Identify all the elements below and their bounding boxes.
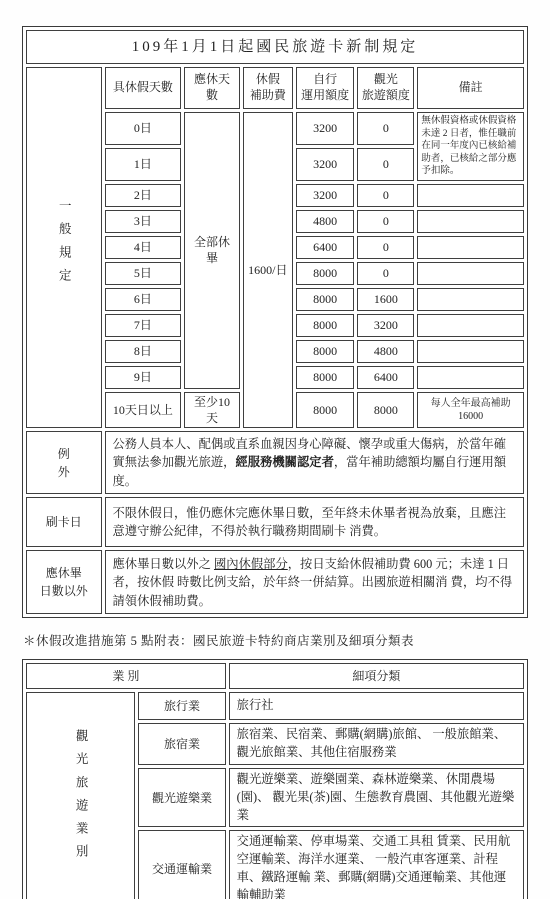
col-header-required: 應休天數: [184, 67, 239, 109]
remark-cell-empty: [417, 184, 524, 207]
category-type-cell: 旅行業: [138, 692, 225, 720]
tour-quota-cell: 3200: [357, 314, 414, 337]
document-title: 109年1月1日起國民旅遊卡新制規定: [26, 30, 524, 64]
col-header-days: 具休假天數: [105, 67, 182, 109]
rest-all-cell: 全部休畢: [184, 112, 239, 389]
tour-quota-cell: 4800: [357, 340, 414, 363]
category-detail-cell: 交通運輸業、停車場業、交通工具租 賃業、民用航空運輸業、海洋水運業、 一般汽車客…: [229, 830, 524, 899]
col-header-category: 業 別: [26, 663, 226, 689]
table-title-row: 109年1月1日起國民旅遊卡新制規定: [26, 30, 524, 64]
self-quota-cell: 3200: [296, 148, 355, 181]
remark-cell-empty: [417, 236, 524, 259]
section-label-general: 一般規定: [55, 199, 72, 292]
days-cell: 10天日以上: [105, 392, 182, 428]
self-quota-cell: 3200: [296, 112, 355, 145]
rest-min-cell: 至少10天: [184, 392, 239, 428]
header-row: 一般規定 具休假天數 應休天數 休假 補助費 自行 運用額度 觀光 旅遊額度 備…: [26, 67, 524, 109]
exception-label: 例 外: [26, 431, 102, 494]
beyond-text-underlined: 國內休假部分: [214, 557, 288, 571]
days-cell: 8日: [105, 340, 182, 363]
swipe-day-label: 刷卡日: [26, 497, 102, 547]
remark-cell-empty: [417, 262, 524, 285]
tour-quota-cell: 0: [357, 262, 414, 285]
self-quota-cell: 8000: [296, 340, 355, 363]
tour-quota-cell: 0: [357, 184, 414, 207]
self-quota-cell: 8000: [296, 314, 355, 337]
days-cell: 1日: [105, 148, 182, 181]
category-detail-cell: 觀光遊樂業、遊樂園業、森林遊樂業、休閒農場(園)、 觀光果(茶)園、生態教育農園…: [229, 768, 524, 827]
beyond-required-text: 應休畢日數以外之 國內休假部分，按日支給休假補助費 600 元；未達 1 日者，…: [105, 550, 525, 614]
beyond-text-pre: 應休畢日數以外之: [113, 557, 214, 571]
section-label-cell: 一般規定: [26, 67, 102, 428]
tour-quota-cell: 0: [357, 112, 414, 145]
tour-quota-cell: 6400: [357, 366, 414, 389]
tour-quota-cell: 0: [357, 236, 414, 259]
appendix-note: ＊休假改進措施第 5 點附表：國民旅遊卡特約商店業別及細項分類表: [23, 631, 528, 649]
exception-text: 公務人員本人、配偶或直系血親因身心障礙、懷孕或重大傷病，於當年確實無法參加觀光旅…: [105, 431, 525, 494]
col-header-detail: 細項分類: [229, 663, 524, 689]
self-quota-cell: 4800: [296, 210, 355, 233]
self-quota-cell: 8000: [296, 262, 355, 285]
remark-cell-empty: [417, 210, 524, 233]
self-quota-cell: 8000: [296, 288, 355, 311]
col-header-self-quota: 自行 運用額度: [296, 67, 355, 109]
days-cell: 5日: [105, 262, 182, 285]
remark-cell-empty: [417, 366, 524, 389]
days-cell: 4日: [105, 236, 182, 259]
beyond-required-row: 應休畢 日數以外 應休畢日數以外之 國內休假部分，按日支給休假補助費 600 元…: [26, 550, 524, 614]
remark-cell-empty: [417, 314, 524, 337]
exception-text-emphasis: 經服務機關認定者: [235, 455, 333, 469]
self-quota-cell: 6400: [296, 236, 355, 259]
category-detail-cell: 旅行社: [229, 692, 524, 720]
self-quota-cell: 8000: [296, 392, 355, 428]
exception-row: 例 外 公務人員本人、配偶或直系血親因身心障礙、懷孕或重大傷病，於當年確實無法參…: [26, 431, 524, 494]
header-row: 業 別 細項分類: [26, 663, 524, 689]
days-cell: 7日: [105, 314, 182, 337]
days-cell: 2日: [105, 184, 182, 207]
days-cell: 3日: [105, 210, 182, 233]
tour-quota-cell: 0: [357, 210, 414, 233]
regulation-table: 109年1月1日起國民旅遊卡新制規定 一般規定 具休假天數 應休天數 休假 補助…: [22, 26, 528, 618]
days-cell: 6日: [105, 288, 182, 311]
category-detail-cell: 旅宿業、民宿業、郵購(網購)旅館、 一般旅館業、觀光旅館業、其他住宿服務業: [229, 723, 524, 765]
self-quota-cell: 8000: [296, 366, 355, 389]
col-header-remark: 備註: [417, 67, 524, 109]
tour-quota-cell: 1600: [357, 288, 414, 311]
remark-cell: 無休假資格或休假資格未達 2 日者，惟任職前在同一年度內已核給補助者，已核給之部…: [417, 112, 524, 181]
swipe-day-text: 不限休假日，惟仍應休完應休畢日數，至年終未休畢者視為放棄，且應注意遵守辦公紀律，…: [105, 497, 525, 547]
table-row: 觀光旅遊業別 旅行業 旅行社: [26, 692, 524, 720]
col-header-subsidy: 休假 補助費: [243, 67, 293, 109]
merchant-category-table: 業 別 細項分類 觀光旅遊業別 旅行業 旅行社 旅宿業 旅宿業、民宿業、郵購(網…: [22, 659, 528, 899]
subsidy-rate-cell: 1600/日: [243, 112, 293, 428]
section-label-cell: 觀光旅遊業別: [26, 692, 135, 899]
beyond-required-label: 應休畢 日數以外: [26, 550, 102, 614]
remark-cell-empty: [417, 340, 524, 363]
remark-cell-empty: [417, 288, 524, 311]
swipe-day-row: 刷卡日 不限休假日，惟仍應休完應休畢日數，至年終未休畢者視為放棄，且應注意遵守辦…: [26, 497, 524, 547]
remark-max-subsidy: 每人全年最高補助16000: [417, 392, 524, 428]
category-type-cell: 旅宿業: [138, 723, 225, 765]
section-label-tourism: 觀光旅遊業別: [72, 729, 89, 868]
tour-quota-cell: 0: [357, 148, 414, 181]
col-header-tour-quota: 觀光 旅遊額度: [357, 67, 414, 109]
category-type-cell: 觀光遊樂業: [138, 768, 225, 827]
days-cell: 9日: [105, 366, 182, 389]
tour-quota-cell: 8000: [357, 392, 414, 428]
document-sheet: 109年1月1日起國民旅遊卡新制規定 一般規定 具休假天數 應休天數 休假 補助…: [0, 0, 550, 899]
self-quota-cell: 3200: [296, 184, 355, 207]
category-type-cell: 交通運輸業: [138, 830, 225, 899]
days-cell: 0日: [105, 112, 182, 145]
